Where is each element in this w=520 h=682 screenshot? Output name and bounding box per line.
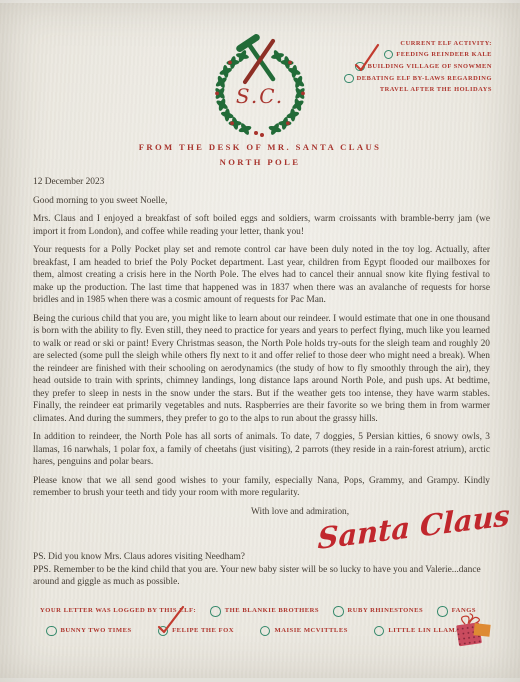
activity-label: BUILDING VILLAGE OF SNOWMEN (368, 63, 492, 70)
elf-log-row: YOUR LETTER WAS LOGGED BY THIS ELF: THE … (40, 606, 490, 617)
elf-activity-row: BUILDING VILLAGE OF SNOWMEN (322, 62, 492, 72)
letterhead-subtitle: NORTH POLE (0, 157, 520, 167)
elf-activity-row: FEEDING REINDEER KALE (322, 50, 492, 60)
elf-activity-panel: CURRENT ELF ACTIVITY: FEEDING REINDEER K… (322, 40, 492, 93)
activity-label: TRAVEL AFTER THE HOLIDAYS (380, 86, 492, 93)
elf-log-row: BUNNY TWO TIMES FELIPE THE FOX MAISIE MC… (40, 626, 490, 637)
elf-label: LITTLE LIN LLAMA (388, 626, 460, 636)
elf-checkbox (437, 606, 448, 617)
elf-label: MAISIE MCVITTLES (274, 626, 347, 636)
activity-label: FEEDING REINDEER KALE (396, 51, 492, 58)
paragraph: Please know that we all send good wishes… (33, 475, 490, 500)
check-icon (157, 611, 183, 637)
paragraph: In addition to reindeer, the North Pole … (33, 431, 490, 469)
check-icon (354, 47, 380, 73)
elf-checkbox (374, 626, 385, 637)
date-line: 12 December 2023 (33, 176, 490, 189)
elf-option: FELIPE THE FOX (158, 626, 234, 637)
elf-option: BUNNY TWO TIMES (46, 626, 132, 637)
elf-label: THE BLANKIE BROTHERS (225, 606, 319, 616)
elf-option: MAISIE MCVITTLES (260, 626, 348, 637)
activity-checkbox (344, 74, 354, 84)
paragraph: Mrs. Claus and I enjoyed a breakfast of … (33, 213, 490, 238)
elf-checkbox (158, 626, 169, 637)
crossed-tools-icon (240, 38, 273, 83)
elf-checkbox (210, 606, 221, 617)
postscript: PPS. Remember to be the kind child that … (33, 564, 490, 589)
activity-label: DEBATING ELF BY-LAWS REGARDING (357, 75, 492, 82)
gift-icon (452, 610, 498, 658)
elf-log-footer: YOUR LETTER WAS LOGGED BY THIS ELF: THE … (40, 606, 490, 636)
paragraph: Being the curious child that you are, yo… (33, 313, 490, 426)
elf-checkbox (46, 626, 57, 637)
elf-label: BUNNY TWO TIMES (61, 626, 132, 636)
elf-option: RUBY RHINESTONES (333, 606, 423, 617)
elf-checkbox (260, 626, 271, 637)
paragraph: Your requests for a Polly Pocket play se… (33, 244, 490, 307)
elf-option: THE BLANKIE BROTHERS (210, 606, 319, 617)
elf-option: LITTLE LIN LLAMA (374, 626, 461, 637)
elf-activity-title: CURRENT ELF ACTIVITY: (322, 40, 492, 47)
monogram: S.C. (222, 84, 298, 108)
postscript-block: PS. Did you know Mrs. Claus adores visit… (33, 551, 490, 589)
elf-checkbox (333, 606, 344, 617)
activity-checkbox (384, 50, 394, 60)
greeting: Good morning to you sweet Noelle, (33, 195, 490, 208)
activity-checkbox (355, 62, 365, 72)
elf-activity-row: TRAVEL AFTER THE HOLIDAYS (322, 86, 492, 93)
santa-letter-page: S.C. CURRENT ELF ACTIVITY: FEEDING REIND… (0, 0, 520, 682)
postscript: PS. Did you know Mrs. Claus adores visit… (33, 551, 490, 564)
elf-label: RUBY RHINESTONES (348, 606, 424, 616)
letterhead-title: FROM THE DESK OF MR. SANTA CLAUS (0, 142, 520, 152)
elf-activity-row: DEBATING ELF BY-LAWS REGARDING (322, 74, 492, 84)
